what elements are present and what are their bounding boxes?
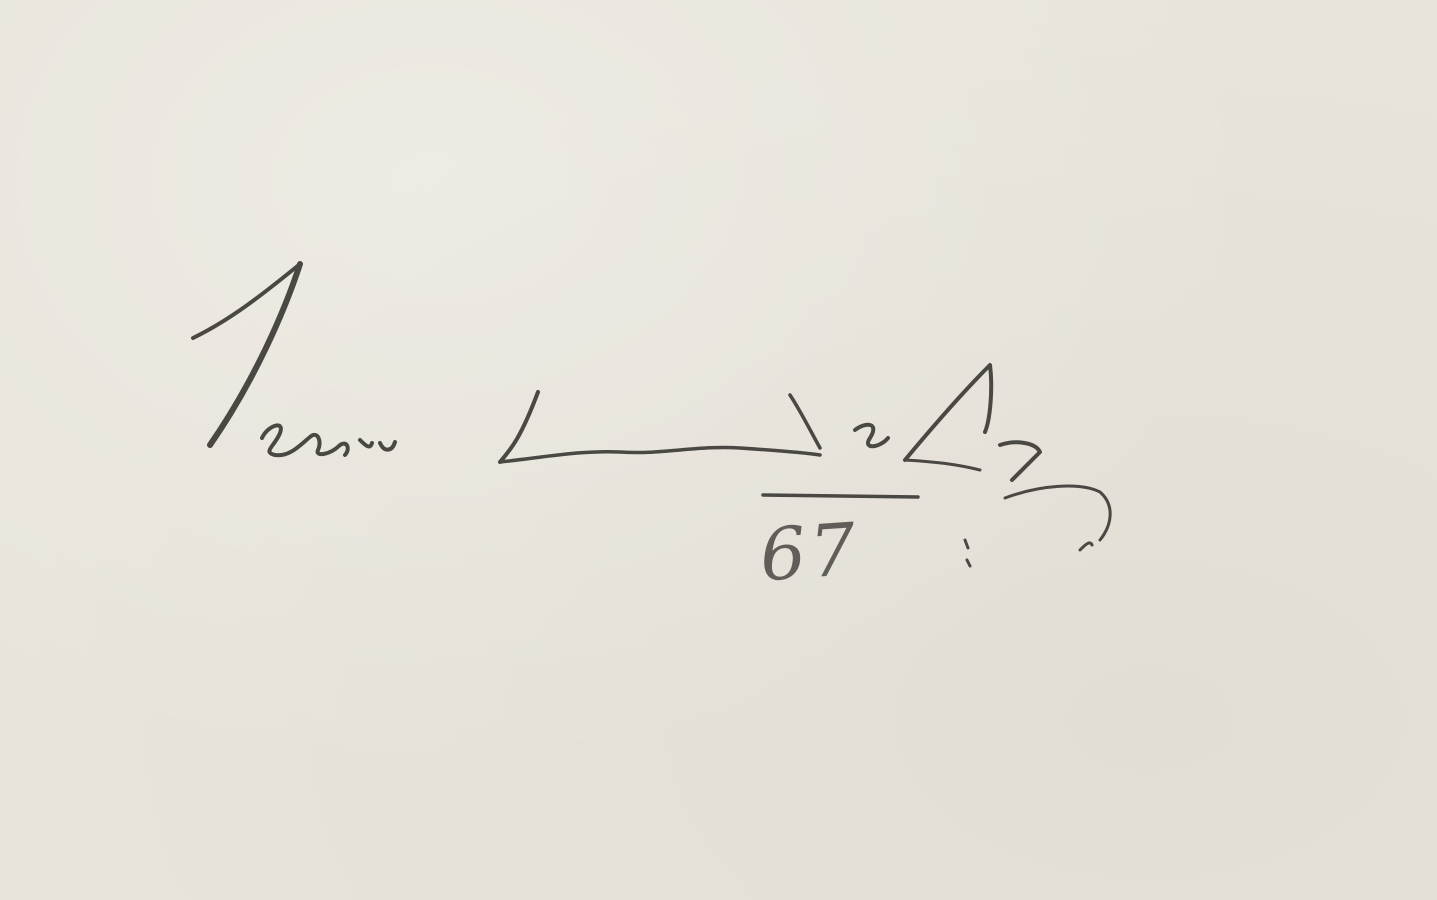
letter-j	[193, 264, 300, 445]
stray-marks	[965, 540, 970, 566]
underline	[763, 495, 918, 497]
signature-drawing	[0, 0, 1437, 900]
paper-background: 67 Jean	[0, 0, 1437, 900]
date-mark: 67	[757, 507, 862, 598]
letters-ean	[262, 425, 395, 455]
